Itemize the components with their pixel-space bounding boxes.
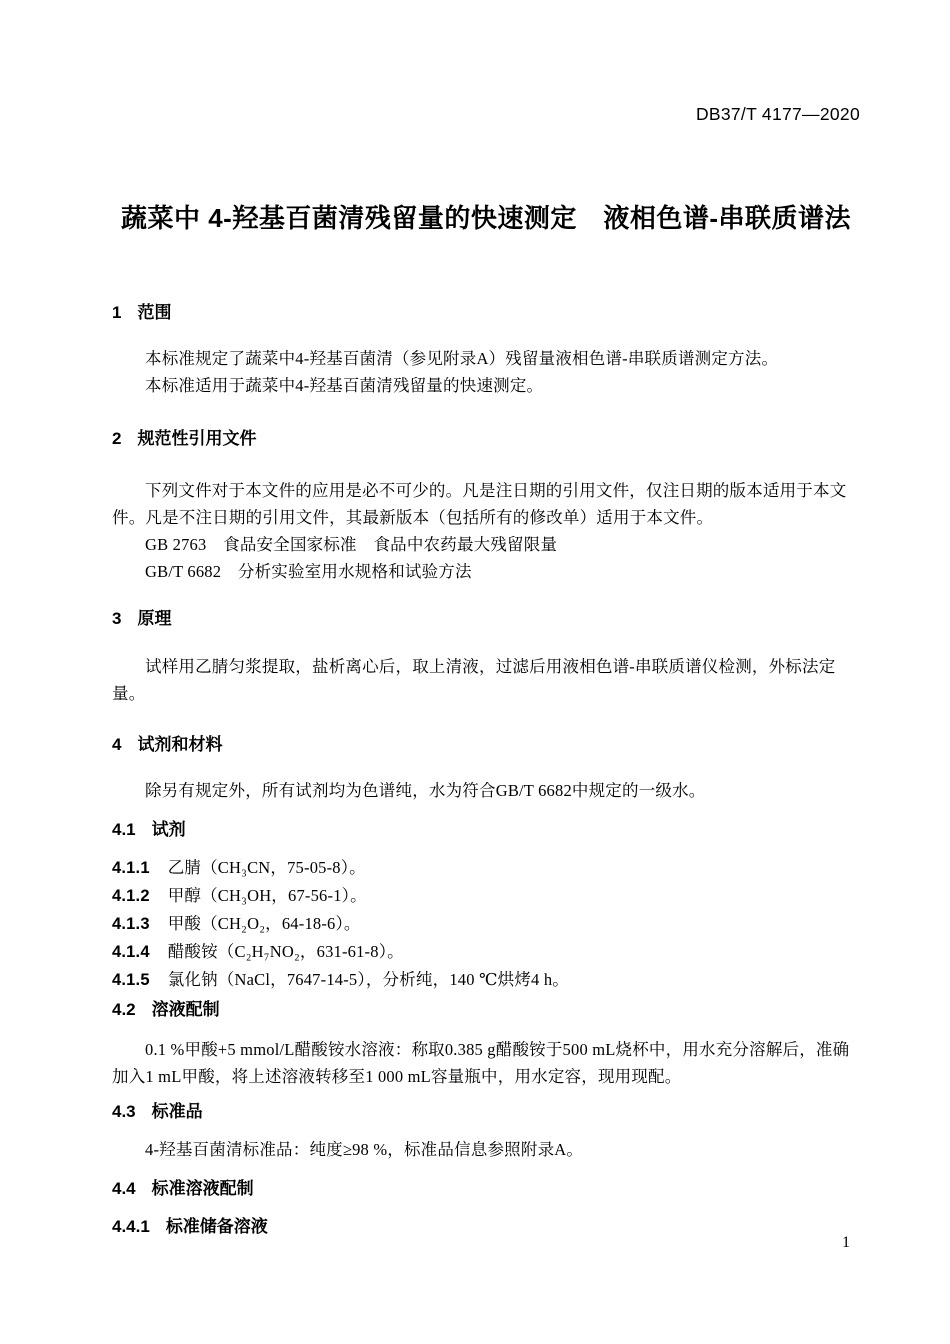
clause-4-1-3: 4.1.3甲酸（CH₂O₂，64-18-6）。 [112, 910, 860, 938]
section-2-title: 规范性引用文件 [137, 429, 256, 448]
section-4-2-number: 4.2 [112, 998, 136, 1022]
section-4-4-1-title: 标准储备溶液 [166, 1217, 268, 1236]
section-4-3-paragraph-1: 4-羟基百菌清标准品：纯度≥98 %，标准品信息参照附录A。 [112, 1136, 860, 1163]
section-4-4-1-number: 4.4.1 [112, 1215, 150, 1239]
section-1-title: 范围 [137, 303, 171, 322]
section-4-2-title: 溶液配制 [152, 1000, 220, 1019]
section-2-heading: 2规范性引用文件 [112, 427, 860, 451]
section-4-4-title: 标准溶液配制 [152, 1179, 254, 1198]
document-page: DB37/T 4177—2020 蔬菜中 4-羟基百菌清残留量的快速测定 液相色… [0, 0, 950, 1344]
section-2-number: 2 [112, 427, 121, 451]
section-4-4-heading: 4.4标准溶液配制 [112, 1177, 860, 1201]
section-1-heading: 1范围 [112, 301, 860, 325]
section-4-3-number: 4.3 [112, 1100, 136, 1124]
section-4-heading: 4试剂和材料 [112, 733, 860, 757]
section-4-4-number: 4.4 [112, 1177, 136, 1201]
clause-4-1-4-number: 4.1.4 [112, 939, 150, 966]
section-4-2-heading: 4.2溶液配制 [112, 998, 860, 1022]
section-1-paragraph-2: 本标准适用于蔬菜中4-羟基百菌清残留量的快速测定。 [112, 372, 860, 399]
clause-4-1-1-text: 乙腈（CH₃CN，75-05-8）。 [168, 858, 366, 877]
clause-4-1-2-text: 甲醇（CH₃OH，67-56-1）。 [168, 886, 367, 905]
section-4-2-paragraph-1: 0.1 %甲酸+5 mmol/L醋酸铵水溶液：称取0.385 g醋酸铵于500 … [112, 1036, 860, 1090]
section-4-3-title: 标准品 [152, 1102, 203, 1121]
clause-4-1-3-text: 甲酸（CH₂O₂，64-18-6）。 [168, 914, 361, 933]
clause-4-1-2: 4.1.2甲醇（CH₃OH，67-56-1）。 [112, 882, 860, 910]
section-4-1-title: 试剂 [152, 820, 186, 839]
section-4-number: 4 [112, 733, 121, 757]
section-4-1-number: 4.1 [112, 818, 136, 842]
section-4-1-heading: 4.1试剂 [112, 818, 860, 842]
clause-4-1-5: 4.1.5氯化钠（NaCl，7647-14-5），分析纯，140 ℃烘烤4 h。 [112, 966, 860, 994]
clause-4-1-1: 4.1.1乙腈（CH₃CN，75-05-8）。 [112, 854, 860, 882]
section-3-heading: 3原理 [112, 607, 860, 631]
clause-4-1-1-number: 4.1.1 [112, 855, 150, 882]
section-3-number: 3 [112, 607, 121, 631]
section-1-number: 1 [112, 301, 121, 325]
clause-4-1-4: 4.1.4醋酸铵（C₂H₇NO₂，631-61-8）。 [112, 938, 860, 966]
section-4-3-heading: 4.3标准品 [112, 1100, 860, 1124]
normative-reference-2: GB/T 6682 分析实验室用水规格和试验方法 [112, 558, 860, 585]
section-2-paragraph-1: 下列文件对于本文件的应用是必不可少的。凡是注日期的引用文件，仅注日期的版本适用于… [112, 477, 860, 531]
section-4-paragraph-1: 除另有规定外，所有试剂均为色谱纯，水为符合GB/T 6682中规定的一级水。 [112, 777, 860, 804]
section-3-title: 原理 [137, 609, 171, 628]
clause-4-1-5-text: 氯化钠（NaCl，7647-14-5），分析纯，140 ℃烘烤4 h。 [168, 970, 569, 989]
standard-doc-code: DB37/T 4177—2020 [112, 0, 860, 125]
clause-4-1-3-number: 4.1.3 [112, 911, 150, 938]
clause-4-1-5-number: 4.1.5 [112, 967, 150, 994]
document-title: 蔬菜中 4-羟基百菌清残留量的快速测定 液相色谱-串联质谱法 [112, 201, 860, 235]
section-4-title: 试剂和材料 [137, 735, 222, 754]
clause-4-1-2-number: 4.1.2 [112, 883, 150, 910]
clause-4-1-4-text: 醋酸铵（C₂H₇NO₂，631-61-8）。 [168, 942, 404, 961]
section-1-paragraph-1: 本标准规定了蔬菜中4-羟基百菌清（参见附录A）残留量液相色谱-串联质谱测定方法。 [112, 345, 860, 372]
normative-reference-1: GB 2763 食品安全国家标准 食品中农药最大残留限量 [112, 531, 860, 558]
page-number: 1 [842, 1233, 850, 1253]
section-4-4-1-heading: 4.4.1标准储备溶液 [112, 1215, 860, 1239]
section-3-paragraph-1: 试样用乙腈匀浆提取，盐析离心后，取上清液，过滤后用液相色谱-串联质谱仪检测，外标… [112, 653, 860, 707]
